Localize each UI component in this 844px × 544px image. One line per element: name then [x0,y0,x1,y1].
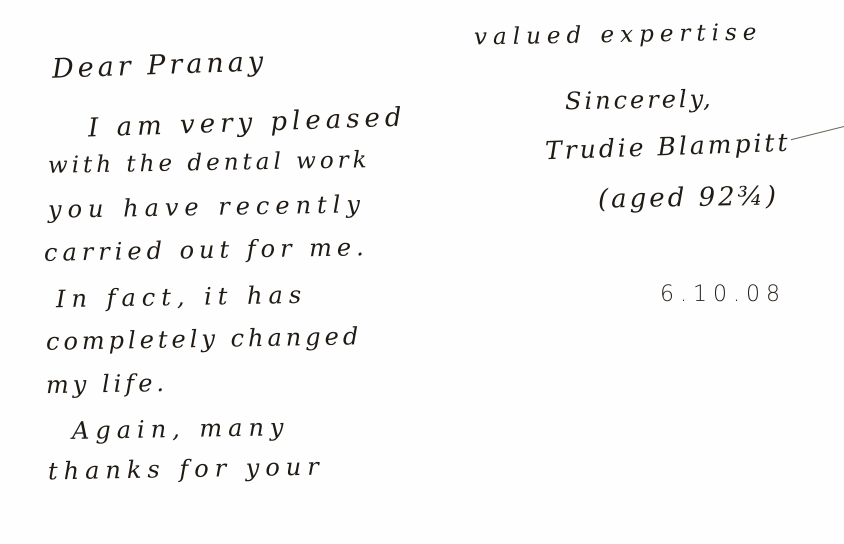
letter-continuation: valued expertise [474,19,763,50]
letter-closing: Sincerely, [565,85,714,116]
letter-body-line: carried out for me. [44,233,369,267]
letter-age-note: (aged 92¾) [598,181,780,214]
letter-salutation: Dear Pranay [52,46,268,84]
letter-body-line: I am very pleased [88,102,407,143]
letter-body-line: Again, many [72,413,290,445]
letter-body-line: thanks for your [48,453,325,486]
letter-body-line: you have recently [48,190,366,224]
letter-body-line: In fact, it has [56,281,308,313]
signature-flourish [791,125,844,140]
letter-signature: Trudie Blampitt [545,128,791,166]
letter-body-line: completely changed [46,322,363,356]
letter-body-line: my life. [46,369,168,399]
letter-date: 6.10.08 [660,282,786,307]
handwritten-letter: Dear Pranay I am very pleased with the d… [0,0,844,544]
letter-body-line: with the dental work [48,147,371,179]
